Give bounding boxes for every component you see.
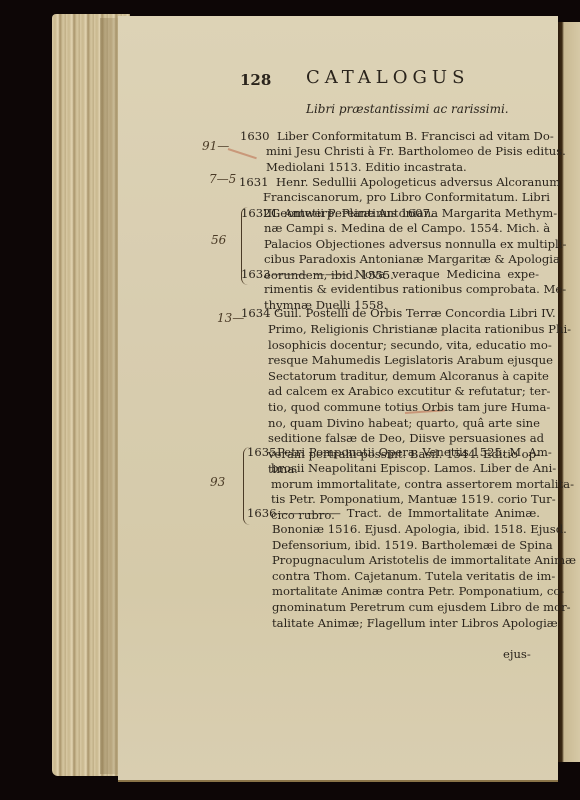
catalog-entry-1630-cont: mini Jesu Christi à Fr. Bartholomeo de P… [266, 144, 539, 175]
entry-line: mortalitate Animæ contra Petr. Pomponati… [272, 584, 540, 600]
entry-line: Mediolani 1513. Editio incastrata. [266, 160, 539, 176]
entry-line: cibus Paradoxis Antonianæ Margaritæ & Ap… [264, 252, 539, 268]
margin-note-1632: 56 [211, 233, 226, 247]
entry-line: rimentis & evidentibus rationibus compro… [264, 282, 539, 298]
page-content: 128 CATALOGUS Libri præstantissimi ac ra… [0, 0, 580, 800]
entry-line: morum immortalitate, contra assertorem m… [271, 477, 540, 493]
entry-line: Sectatorum traditur, demum Alcoranus à c… [268, 369, 540, 385]
entry-line: Geometii Pereiræ Antoniana Margarita Met… [271, 206, 539, 222]
entry-line: contra Thom. Cajetanum. Tutela veritatis… [272, 569, 540, 585]
entry-line: Guil. Postelli de Orbis Terræ Concordia … [274, 306, 540, 322]
page-number: 128 [240, 71, 271, 89]
entry-line: Palacios Objectiones adversus nonnulla e… [264, 237, 539, 253]
entry-year: 1631 [239, 175, 269, 189]
entry-line: Primo, Religionis Christianæ placita rat… [268, 322, 540, 338]
margin-note-1635: 93 [210, 475, 225, 489]
entry-line: gnominatum Peretrum cum ejusdem Libro de… [272, 600, 540, 616]
catchword: ejus- [503, 647, 543, 663]
entry-line: Petri Pomponatii Opera. Venetiis 1525. M… [277, 445, 540, 461]
catalog-entry-1633: ——— ——— Nova veraque Medicina expe- [272, 267, 539, 283]
entry-line: talitate Animæ; Flagellum inter Libros A… [272, 616, 540, 632]
catchword-text: ejus- [503, 647, 543, 663]
entry-line: Franciscanorum, pro Libro Conformitatum.… [263, 190, 539, 206]
catalog-entry-1632: Geometii Pereiræ Antoniana Margarita Met… [271, 206, 539, 222]
catalog-entry-1630: Liber Conformitatum B. Francisci ad vita… [277, 129, 539, 145]
entry-line: tio, quod commune totius Orbis tam jure … [268, 400, 540, 416]
entry-year: 1630 [240, 129, 270, 143]
catalog-entry-1636-cont: Bononiæ 1516. Ejusd. Apologia, ibid. 151… [272, 522, 540, 631]
catalog-entry-1636: —— ——— Tract. de Immortalitate Animæ. [277, 506, 540, 522]
entry-line: ——— ——— Nova veraque Medicina expe- [272, 267, 539, 283]
section-title: Libri præstantissimi ac rarissimi. [306, 102, 509, 116]
catalog-entry-1631: Henr. Sedullii Apologeticus adversus Alc… [276, 175, 539, 191]
entry-line: mini Jesu Christi à Fr. Bartholomeo de P… [266, 144, 539, 160]
entry-line: Liber Conformitatum B. Francisci ad vita… [277, 129, 539, 145]
entry-line: no, quam Divino habeat; quarto, quâ arte… [268, 416, 540, 432]
margin-note-1631: 7—5 [209, 172, 236, 186]
running-head: CATALOGUS [306, 67, 469, 88]
entry-line: næ Campi s. Medina de el Campo. 1554. Mi… [264, 221, 539, 237]
entry-line: ad calcem ex Arabico excutitur & refutat… [268, 384, 540, 400]
entry-line: Propugnaculum Aristotelis de immortalita… [272, 553, 540, 569]
margin-note-1630: 91— [202, 139, 229, 153]
entry-line: Henr. Sedullii Apologeticus adversus Alc… [276, 175, 539, 191]
entry-line: brosii Neapolitani Episcop. Lamos. Liber… [271, 461, 540, 477]
entry-line: losophicis docentur; secundo, vita, educ… [268, 338, 540, 354]
entry-line: —— ——— Tract. de Immortalitate Animæ. [277, 506, 540, 522]
catalog-entry-1635: Petri Pomponatii Opera. Venetiis 1525. M… [277, 445, 540, 461]
catalog-entry-1634: Guil. Postelli de Orbis Terræ Concordia … [274, 306, 540, 322]
entry-line: Bononiæ 1516. Ejusd. Apologia, ibid. 151… [272, 522, 540, 538]
red-pencil-mark [228, 148, 257, 159]
entry-line: Defensorium, ibid. 1519. Bartholemæi de … [272, 538, 540, 554]
entry-line: resque Mahumedis Legislatoris Arabum eju… [268, 353, 540, 369]
